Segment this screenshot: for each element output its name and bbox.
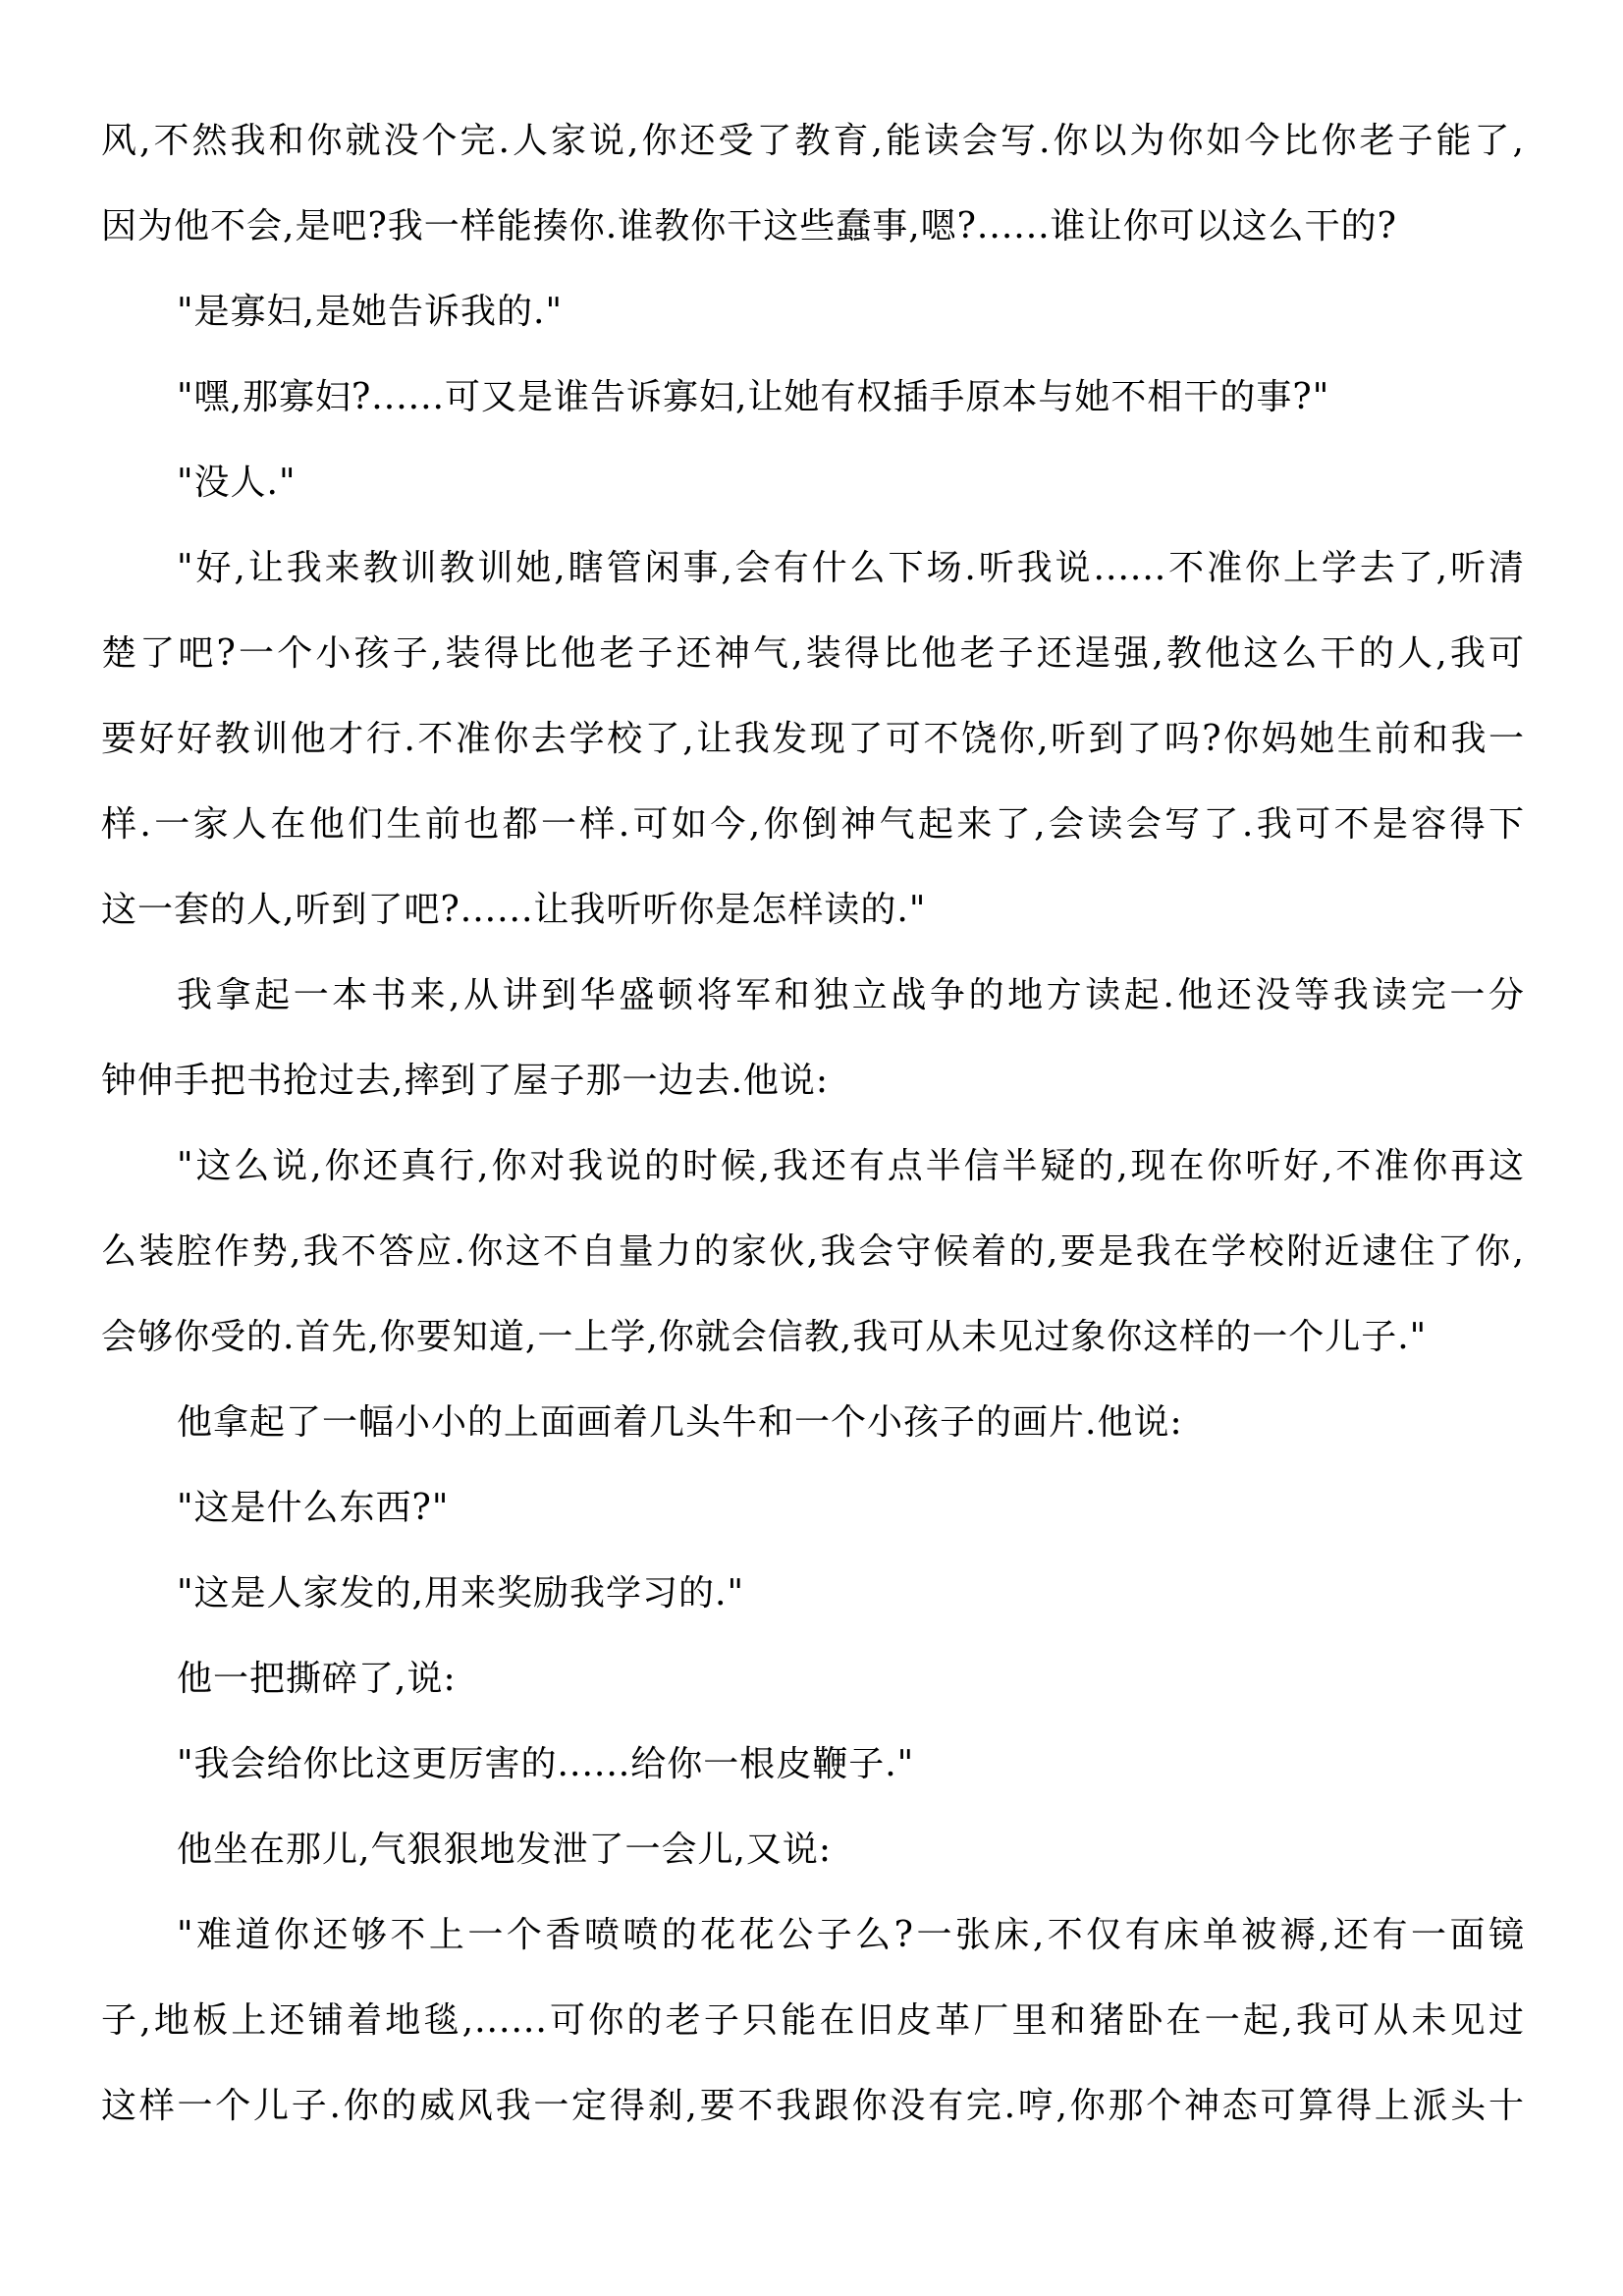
- text-line: 他拿起了一幅小小的上面画着几头牛和一个小孩子的画片.他说:: [177, 1399, 1525, 1447]
- text-line: 要好好教训他才行.不准你去学校了,让我发现了可不饶你,听到了吗?你妈她生前和我一: [101, 716, 1525, 763]
- text-line: "嘿,那寡妇?......可又是谁告诉寡妇,让她有权插手原本与她不相干的事?": [177, 374, 1525, 421]
- text-line: 风,不然我和你就没个完.人家说,你还受了教育,能读会写.你以为你如今比你老子能了…: [101, 118, 1525, 165]
- text-line: "这是人家发的,用来奖励我学习的.": [177, 1570, 1525, 1617]
- text-line: 钟伸手把书抢过去,摔到了屋子那一边去.他说:: [101, 1058, 1525, 1105]
- text-line: 样.一家人在他们生前也都一样.可如今,你倒神气起来了,会读会写了.我可不是容得下: [101, 801, 1525, 848]
- text-line: 他坐在那儿,气狠狠地发泄了一会儿,又说:: [177, 1827, 1525, 1874]
- document-page: 风,不然我和你就没个完.人家说,你还受了教育,能读会写.你以为你如今比你老子能了…: [0, 0, 1623, 2296]
- text-line: "没人.": [177, 460, 1525, 507]
- text-line: 他一把撕碎了,说:: [177, 1656, 1525, 1703]
- text-line: "难道你还够不上一个香喷喷的花花公子么?一张床,不仅有床单被褥,还有一面镜: [177, 1912, 1525, 1959]
- text-line: 会够你受的.首先,你要知道,一上学,你就会信教,我可从未见过象你这样的一个儿子.…: [101, 1314, 1525, 1361]
- text-line: 我拿起一本书来,从讲到华盛顿将军和独立战争的地方读起.他还没等我读完一分: [177, 972, 1525, 1019]
- text-line: 这一套的人,听到了吧?......让我听听你是怎样读的.": [101, 887, 1525, 934]
- text-line: 这样一个儿子.你的威风我一定得刹,要不我跟你没有完.哼,你那个神态可算得上派头十: [101, 2083, 1525, 2130]
- text-line: "是寡妇,是她告诉我的.": [177, 289, 1525, 336]
- text-line: 么装腔作势,我不答应.你这不自量力的家伙,我会守候着的,要是我在学校附近逮住了你…: [101, 1229, 1525, 1276]
- text-line: 楚了吧?一个小孩子,装得比他老子还神气,装得比他老子还逞强,教他这么干的人,我可: [101, 630, 1525, 678]
- text-line: 因为他不会,是吧?我一样能揍你.谁教你干这些蠢事,嗯?......谁让你可以这么…: [101, 203, 1525, 250]
- text-line: "这么说,你还真行,你对我说的时候,我还有点半信半疑的,现在你听好,不准你再这: [177, 1143, 1525, 1190]
- text-line: "好,让我来教训教训她,瞎管闲事,会有什么下场.听我说......不准你上学去了…: [177, 545, 1525, 592]
- text-line: "我会给你比这更厉害的......给你一根皮鞭子.": [177, 1741, 1525, 1788]
- text-line: 子,地板上还铺着地毯,......可你的老子只能在旧皮革厂里和猪卧在一起,我可从…: [101, 1997, 1525, 2045]
- text-line: "这是什么东西?": [177, 1485, 1525, 1532]
